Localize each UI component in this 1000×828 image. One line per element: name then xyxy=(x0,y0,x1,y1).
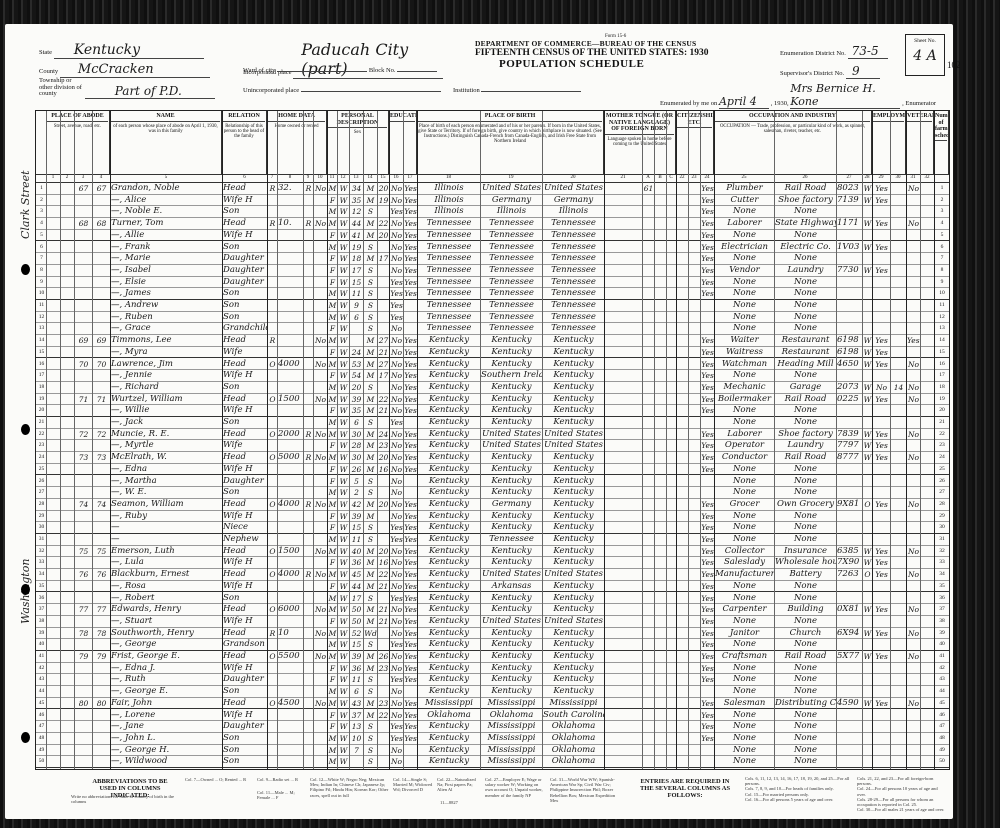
census-sheet: State Kentucky County McCracken Township… xyxy=(5,24,953,819)
cell-fpob: Tennessee xyxy=(481,253,542,265)
cell-vet: No xyxy=(907,604,920,616)
cell-rel: Wife H xyxy=(223,616,267,628)
cell-race: W xyxy=(338,359,349,371)
table-row: 17—, JennieWife HFW54M17NoYesKentuckySou… xyxy=(36,370,949,382)
cell-cls: W xyxy=(863,218,872,230)
cell-speak: Yes xyxy=(701,721,714,733)
cell-own: O xyxy=(268,651,277,663)
unincorporated-field: Unincorporated place xyxy=(243,86,441,94)
cell-ocode: 8777 xyxy=(837,452,862,464)
cell-speak: Yes xyxy=(701,639,714,651)
cell-race: W xyxy=(338,405,349,417)
cell-pob: Kentucky xyxy=(418,405,480,417)
cell-name: Grandon, Noble xyxy=(111,183,222,195)
cell-read xyxy=(404,745,417,757)
cell-race: W xyxy=(338,522,349,534)
table-row: 38—, StuartWife HFW50M21NoYesKentuckyUni… xyxy=(36,616,949,628)
column-number: 32 xyxy=(920,175,934,180)
cell-speak: Yes xyxy=(701,195,714,207)
cell-pob: Kentucky xyxy=(418,604,480,616)
cell-age: 43 xyxy=(350,698,363,710)
cell-rel: Son xyxy=(223,312,267,324)
line-number: 28 xyxy=(37,499,46,511)
cell-sex: M xyxy=(328,242,337,254)
cell-read: Yes xyxy=(404,698,417,710)
cell-read: Yes xyxy=(404,616,417,628)
line-number-right: 31 xyxy=(935,534,949,546)
cell-age: 26 xyxy=(350,464,363,476)
line-number: 41 xyxy=(37,651,46,663)
cell-fpob: Mississippi xyxy=(481,756,542,768)
column-number: 21 xyxy=(604,175,642,180)
table-row: 146969Timmons, LeeHeadRNoMWM27NoYesKentu… xyxy=(36,335,949,347)
cell-school: No xyxy=(390,487,403,499)
table-row: 417979Frist, George E.HeadO5500NoMW39M26… xyxy=(36,651,949,663)
line-number: 15 xyxy=(37,347,46,359)
cell-race: W xyxy=(338,230,349,242)
entries-required-title: ENTRIES ARE REQUIRED IN THE SEVERAL COLU… xyxy=(635,778,735,799)
column-number: 19 xyxy=(480,175,542,180)
cell-vet: No xyxy=(907,628,920,640)
cell-agem: 22 xyxy=(378,218,389,230)
column-number: A xyxy=(642,175,654,180)
table-row: 377777Edwards, HenryHeadO6000NoMW50M21No… xyxy=(36,604,949,616)
cell-speak: Yes xyxy=(701,522,714,534)
line-number-right: 46 xyxy=(935,710,949,722)
column-group-divider xyxy=(676,111,677,769)
cell-ocode: 9X81 xyxy=(837,499,862,511)
cell-mar: S xyxy=(364,300,377,312)
column-group-divider xyxy=(604,111,605,769)
line-number: 48 xyxy=(37,733,46,745)
column-group-header: NAMEof each person whose place of abode … xyxy=(110,111,222,174)
cell-ind: None xyxy=(775,733,836,745)
line-number: 8 xyxy=(37,265,46,277)
line-number: 7 xyxy=(37,253,46,265)
cell-read: Yes xyxy=(404,218,417,230)
cell-race: W xyxy=(338,745,349,757)
cell-school: Yes xyxy=(390,639,403,651)
cell-name: —, Ruben xyxy=(111,312,222,324)
cell-race: W xyxy=(338,499,349,511)
cell-mar: S xyxy=(364,382,377,394)
cell-speak: Yes xyxy=(701,674,714,686)
cell-mpob: Kentucky xyxy=(543,628,604,640)
cell-school: No xyxy=(390,405,403,417)
line-number: 49 xyxy=(37,745,46,757)
cell-occ: Operator xyxy=(715,440,774,452)
cell-occ: Electrician xyxy=(715,242,774,254)
cell-name: Edwards, Henry xyxy=(111,604,222,616)
cell-fpob: Tennessee xyxy=(481,265,542,277)
cell-race: W xyxy=(338,476,349,488)
cell-age: 44 xyxy=(350,218,363,230)
cell-race: W xyxy=(338,277,349,289)
cell-mar: M xyxy=(364,616,377,628)
cell-dwelling: 70 xyxy=(75,359,92,371)
cell-pob: Tennessee xyxy=(418,288,480,300)
column-group-divider xyxy=(389,111,390,769)
cell-mpob: Tennessee xyxy=(543,218,604,230)
cell-ind: None xyxy=(775,522,836,534)
cell-agem: 20 xyxy=(378,499,389,511)
cell-ocode: 7X90 xyxy=(837,557,862,569)
cell-race: W xyxy=(338,569,349,581)
cell-vet: No xyxy=(907,218,920,230)
cell-work: Yes xyxy=(873,698,890,710)
column-group-header: Number of farm schedule xyxy=(934,111,949,174)
cell-school: No xyxy=(390,499,403,511)
cell-cls: W xyxy=(863,183,872,195)
cell-rel: Grandchild xyxy=(223,323,267,335)
cell-race: W xyxy=(338,710,349,722)
cell-mar: M xyxy=(364,698,377,710)
cell-read: Yes xyxy=(404,721,417,733)
cell-tongue xyxy=(605,183,642,195)
cell-cls: W xyxy=(863,359,872,371)
cell-agem: 20 xyxy=(378,452,389,464)
cell-occ: None xyxy=(715,417,774,429)
cell-agem: 24 xyxy=(378,429,389,441)
cell-speak: Yes xyxy=(701,616,714,628)
cell-sex: F xyxy=(328,440,337,452)
cell-pob: Tennessee xyxy=(418,277,480,289)
cell-pob: Kentucky xyxy=(418,452,480,464)
cell-work: Yes xyxy=(873,394,890,406)
cell-val: 5500 xyxy=(278,651,303,663)
column-number: 29 xyxy=(872,175,890,180)
cell-rel: Son xyxy=(223,382,267,394)
cell-race: W xyxy=(338,265,349,277)
column-number: 16 xyxy=(389,175,403,180)
cell-mpob: United States xyxy=(543,183,604,195)
cell-race: W xyxy=(338,639,349,651)
cell-work: Yes xyxy=(873,569,890,581)
cell-race: W xyxy=(338,288,349,300)
table-row: 50—, WildwoodSonMWSNoKentuckyMississippi… xyxy=(36,756,949,768)
cell-pob: Kentucky xyxy=(418,511,480,523)
column-group-divider xyxy=(872,111,873,769)
cell-rel: Son xyxy=(223,756,267,768)
cell-sex: M xyxy=(328,300,337,312)
cell-occ: Mechanic xyxy=(715,382,774,394)
cell-school: No xyxy=(390,698,403,710)
column-divider xyxy=(363,111,364,769)
cell-occ: Plumber xyxy=(715,183,774,195)
cell-rel: Niece xyxy=(223,522,267,534)
cell-pob: Tennessee xyxy=(418,300,480,312)
line-number-right: 50 xyxy=(935,756,949,768)
cell-pob: Kentucky xyxy=(418,394,480,406)
cell-school: No xyxy=(390,651,403,663)
cell-rel: Son xyxy=(223,487,267,499)
cell-rel: Son xyxy=(223,686,267,698)
cell-pob: Mississippi xyxy=(418,698,480,710)
line-number-right: 36 xyxy=(935,593,949,605)
cell-age: 9 xyxy=(350,300,363,312)
cell-read: Yes xyxy=(404,405,417,417)
cell-occ: None xyxy=(715,405,774,417)
cell-ind: Rail Road xyxy=(775,651,836,663)
cell-fpob: Germany xyxy=(481,499,542,511)
cell-read: Yes xyxy=(404,557,417,569)
column-number: 14 xyxy=(363,175,377,180)
line-number: 32 xyxy=(37,546,46,558)
cell-age xyxy=(350,756,363,768)
cell-agem: 16 xyxy=(378,464,389,476)
table-row: 7—, MarieDaughterFW18M17NoYesTennesseeTe… xyxy=(36,253,949,265)
cell-name: Frist, George E. xyxy=(111,651,222,663)
column-divider xyxy=(377,111,378,769)
cell-race: W xyxy=(338,242,349,254)
cell-val: 10. xyxy=(278,218,303,230)
cell-sex: M xyxy=(328,429,337,441)
cell-fpob: Kentucky xyxy=(481,522,542,534)
cell-fpob: Kentucky xyxy=(481,628,542,640)
cell-ind: Church xyxy=(775,628,836,640)
column-group-divider xyxy=(222,111,223,769)
cell-work: Yes xyxy=(873,242,890,254)
cell-mpob: Kentucky xyxy=(543,522,604,534)
cell-read: Yes xyxy=(404,347,417,359)
cell-cls: W xyxy=(863,265,872,277)
line-number: 3 xyxy=(37,206,46,218)
cell-fpob: Tennessee xyxy=(481,277,542,289)
table-row: 48—, John L.SonMW10SYesYesKentuckyMissis… xyxy=(36,733,949,745)
cell-rel: Head xyxy=(223,651,267,663)
cell-agem: 17 xyxy=(378,253,389,265)
table-row: 11—, AndrewSonMW9SYesTennesseeTennesseeT… xyxy=(36,300,949,312)
cell-school: No xyxy=(390,557,403,569)
cell-rel: Daughter xyxy=(223,277,267,289)
cell-mpob: Kentucky xyxy=(543,663,604,675)
cell-agem: 17 xyxy=(378,370,389,382)
column-divider xyxy=(836,111,837,769)
cell-school: No xyxy=(390,686,403,698)
cell-ind: Restaurant xyxy=(775,347,836,359)
cell-agem: 27 xyxy=(378,335,389,347)
cell-ind: None xyxy=(775,476,836,488)
cell-ind: None xyxy=(775,745,836,757)
cell-ocode: 0X81 xyxy=(837,604,862,616)
line-number-right: 30 xyxy=(935,522,949,534)
cell-occ: Carpenter xyxy=(715,604,774,616)
column-divider xyxy=(46,111,47,769)
cell-occ: None xyxy=(715,277,774,289)
line-number: 44 xyxy=(37,686,46,698)
cell-ind: Distributing Co. xyxy=(775,698,836,710)
line-number: 9 xyxy=(37,277,46,289)
cell-fpob: United States xyxy=(481,440,542,452)
cell-age: 39 xyxy=(350,511,363,523)
cell-speak: Yes xyxy=(701,335,714,347)
cell-occ: None xyxy=(715,721,774,733)
cell-pob: Kentucky xyxy=(418,581,480,593)
cell-sex: F xyxy=(328,195,337,207)
cell-mpob: Kentucky xyxy=(543,546,604,558)
line-number-right: 2 xyxy=(935,195,949,207)
table-row: 36—, RobertSonMW17SYesYesKentuckyKentuck… xyxy=(36,593,949,605)
cell-mar: S xyxy=(364,417,377,429)
cell-age: 41 xyxy=(350,230,363,242)
cell-school: Yes xyxy=(390,522,403,534)
table-row: 16767Grandon, NobleHeadR32.RNoMW34M20NoY… xyxy=(36,183,949,195)
table-row: 35—, RosaWife HFW44M21NoYesKentuckyArkan… xyxy=(36,581,949,593)
cell-speak xyxy=(701,323,714,335)
line-number: 17 xyxy=(37,370,46,382)
cell-name: —, Stuart xyxy=(111,616,222,628)
cell-age: 17 xyxy=(350,593,363,605)
cell-own: R xyxy=(268,218,277,230)
cell-occ: None xyxy=(715,733,774,745)
column-group-header: EMPLOYMENT xyxy=(872,111,906,174)
cell-ind: Laundry xyxy=(775,440,836,452)
cell-age: 50 xyxy=(350,616,363,628)
cell-sex: F xyxy=(328,323,337,335)
cell-name: —, Andrew xyxy=(111,300,222,312)
column-divider xyxy=(642,111,643,769)
cell-age: 36 xyxy=(350,557,363,569)
column-group-header: RELATIONRelationship of this person to t… xyxy=(222,111,267,174)
cell-occ: Laborer xyxy=(715,429,774,441)
table-row: 327575Emerson, LuthHeadO1500NoMW40M20NoY… xyxy=(36,546,949,558)
cell-read: Yes xyxy=(404,242,417,254)
cell-radio: R xyxy=(304,499,313,511)
table-row: 197171Wurtzel, WilliamHeadO1500NoMW39M22… xyxy=(36,394,949,406)
cell-farm: No xyxy=(314,394,327,406)
cell-age: 39 xyxy=(350,394,363,406)
cell-pob: Kentucky xyxy=(418,522,480,534)
table-row: 2—, AliceWife HFW35M19NoYesIllinoisGerma… xyxy=(36,195,949,207)
table-row: 227272Muncie, R. E.HeadO2000RNoMW30M24No… xyxy=(36,429,949,441)
cell-read: Yes xyxy=(404,429,417,441)
cell-race: W xyxy=(338,593,349,605)
cell-agem: 22 xyxy=(378,710,389,722)
cell-mpob: Kentucky xyxy=(543,370,604,382)
line-number-right: 42 xyxy=(935,663,949,675)
cell-read: Yes xyxy=(404,183,417,195)
cell-family: 68 xyxy=(93,218,110,230)
cell-rel: Wife H xyxy=(223,511,267,523)
cell-speak xyxy=(701,756,714,768)
line-number-right: 20 xyxy=(935,405,949,417)
cell-mar: M xyxy=(364,253,377,265)
column-divider xyxy=(654,111,655,769)
cell-ocode: 5X77 xyxy=(837,651,862,663)
cell-ind: None xyxy=(775,756,836,768)
cell-name: —, George xyxy=(111,639,222,651)
cell-age: 15 xyxy=(350,639,363,651)
table-row: 26—, MarthaDaughterFW5SNoKentuckyKentuck… xyxy=(36,476,949,488)
cell-rel: Son xyxy=(223,288,267,300)
cell-school: No xyxy=(390,429,403,441)
supervisor-district-field: Supervisor's District No. 9 xyxy=(780,64,880,79)
column-divider xyxy=(688,111,689,769)
cell-dwelling: 72 xyxy=(75,429,92,441)
line-number: 19 xyxy=(37,394,46,406)
cell-agem: 19 xyxy=(378,195,389,207)
cell-work: Yes xyxy=(873,218,890,230)
cell-school: No xyxy=(390,440,403,452)
cell-farm: No xyxy=(314,698,327,710)
cell-fpob: Kentucky xyxy=(481,335,542,347)
cell-occ: None xyxy=(715,663,774,675)
cell-mar: M xyxy=(364,347,377,359)
cell-mpob: Tennessee xyxy=(543,265,604,277)
cell-school: No xyxy=(390,756,403,768)
cell-race: W xyxy=(338,394,349,406)
cell-mpob: Tennessee xyxy=(543,242,604,254)
line-number-right: 10 xyxy=(935,288,949,300)
cell-mpob: Kentucky xyxy=(543,593,604,605)
cell-read: Yes xyxy=(404,710,417,722)
line-number: 46 xyxy=(37,710,46,722)
column-number: 8 xyxy=(277,175,303,180)
cell-school: Yes xyxy=(390,733,403,745)
table-row: 40—, GeorgeGrandsonMW15SYesYesKentuckyKe… xyxy=(36,639,949,651)
cell-mar: M xyxy=(364,195,377,207)
cell-cls: W xyxy=(863,698,872,710)
column-number: 15 xyxy=(377,175,389,180)
cell-speak: Yes xyxy=(701,511,714,523)
punch-hole xyxy=(21,264,30,275)
cell-rel: Wife H xyxy=(223,581,267,593)
column-number: 12 xyxy=(337,175,349,180)
cell-read: Yes xyxy=(404,265,417,277)
column-number: C xyxy=(666,175,676,180)
cell-ind: None xyxy=(775,312,836,324)
cell-sex: F xyxy=(328,674,337,686)
cell-mar: M xyxy=(364,405,377,417)
line-number-right: 39 xyxy=(935,628,949,640)
cell-ind: None xyxy=(775,686,836,698)
cell-ind: None xyxy=(775,323,836,335)
enumerated-field: Enumerated by me on April 4 , 1930, Mrs … xyxy=(660,82,936,109)
cell-mpob: Kentucky xyxy=(543,359,604,371)
cell-name: Blackburn, Ernest xyxy=(111,569,222,581)
cell-fpob: United States xyxy=(481,429,542,441)
cell-rel: Head xyxy=(223,218,267,230)
cell-val: 4000 xyxy=(278,359,303,371)
cell-mpob: Kentucky xyxy=(543,464,604,476)
cell-speak: Yes xyxy=(701,604,714,616)
cell-val: 4500 xyxy=(278,698,303,710)
cell-pob: Tennessee xyxy=(418,323,480,335)
cell-fpob: Kentucky xyxy=(481,639,542,651)
cell-ind: None xyxy=(775,464,836,476)
cell-agem: 21 xyxy=(378,405,389,417)
footer-instructions: ABBREVIATIONS TO BE USED IN COLUMNS INDI… xyxy=(35,772,950,812)
cell-ocode: 6385 xyxy=(837,546,862,558)
sheet-number-box: Sheet No. 4 A xyxy=(905,34,945,76)
page-stamp: 102 xyxy=(947,60,961,70)
cell-name: Wurtzel, William xyxy=(111,394,222,406)
cell-occ: None xyxy=(715,581,774,593)
column-number: 23 xyxy=(688,175,700,180)
cell-pob: Kentucky xyxy=(418,593,480,605)
cell-school: No xyxy=(390,452,403,464)
cell-school: No xyxy=(390,382,403,394)
cell-fpob: Tennessee xyxy=(481,534,542,546)
cell-agem: 21 xyxy=(378,581,389,593)
cell-ind: None xyxy=(775,511,836,523)
cell-speak: Yes xyxy=(701,206,714,218)
cell-fpob: Kentucky xyxy=(481,476,542,488)
cell-mpob: Kentucky xyxy=(543,674,604,686)
cell-school: No xyxy=(390,335,403,347)
cell-occ: None xyxy=(715,323,774,335)
cell-family: 69 xyxy=(93,335,110,347)
